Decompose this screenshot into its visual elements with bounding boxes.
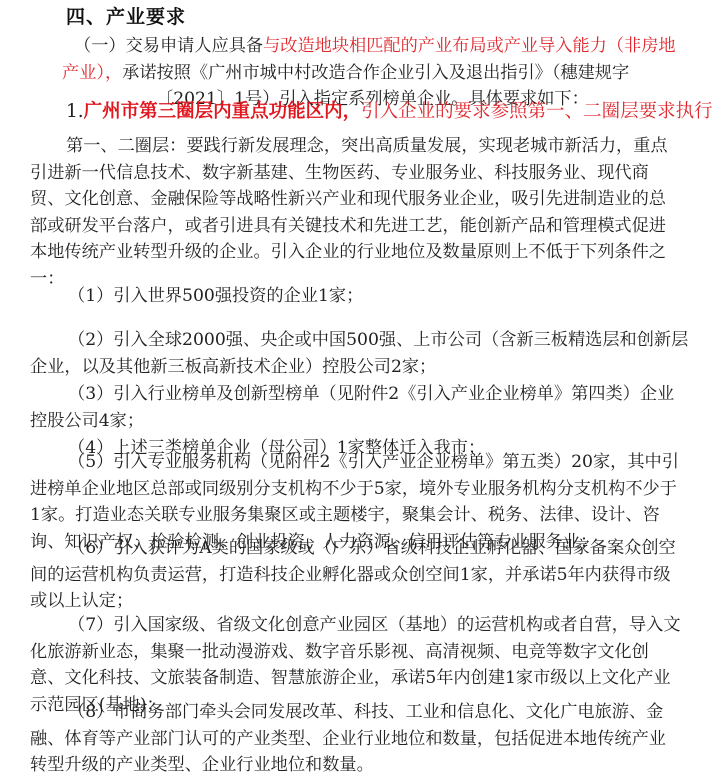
text-line: 企业，以及其他新三板高新技术企业）控股公司2家； (30, 354, 688, 381)
text-line: 部或研发平台落户，或者引进具有关键技术和先进工艺，能创新产品和管理模式促进 (30, 213, 668, 240)
intro-text: 承诺按照《广州市城中村改造合作企业引入及退出指引》（穗建规字 (122, 63, 629, 83)
intro-highlight: 与改造地块相匹配的产业布局或产业导入能力（非房地 (263, 36, 676, 56)
circle-paragraph: 第一、二圈层：要践行新发展理念，突出高质量发展，实现老城市新活力，重点 引进新一… (30, 133, 668, 292)
text-line: （2）引入全球2000强、央企或中国500强、上市公司（含新三板精选层和创新层 (68, 327, 688, 354)
item-1-heading: 1.广州市第三圈层内重点功能区内，引入企业的要求参照第一、二圈层要求执行 (66, 99, 713, 126)
text-line: 意、文化科技、文旅装备制造、智慧旅游企业，承诺5年内创建1家市级以上文化产业 (30, 665, 681, 692)
condition-8: （8）市商务部门牵头会同发展改革、科技、工业和信息化、文化广电旅游、金 融、体育… (30, 699, 666, 775)
text-line: 本地传统产业转型升级的企业。引入企业的行业地位及数量原则上不低于下列条件之 (30, 239, 668, 266)
text-line: 控股公司4家； (30, 408, 674, 435)
condition-1: （1）引入世界500强投资的企业1家； (30, 283, 363, 310)
text-line: 融、体育等产业部门认可的产业类型、企业行业地位和数量，包括促进本地传统产业 (30, 726, 666, 753)
text-line: 贸、文化创意、金融保险等战略性新兴产业和现代服务业企业，吸引先进制造业的总 (30, 186, 668, 213)
text-line: （1）引入世界500强投资的企业1家； (68, 283, 363, 310)
condition-3: （3）引入行业榜单及创新型榜单（见附件2《引入产业企业榜单》第四类）企业 控股公… (30, 381, 674, 434)
item-bold-highlight: 广州市第三圈层内重点功能区内， (84, 101, 362, 122)
condition-6: （6）引入获评为A类的国家级或（广东）省级科技企业孵化器、国家备案众创空 间的运… (30, 535, 676, 615)
item-highlight: 引入企业的要求参照第一、二圈层要求执行 (361, 101, 713, 122)
intro-text: （一）交易申请人应具备 (74, 36, 263, 56)
text-line: （7）引入国家级、省级文化创意产业园区（基地）的运营机构或者自营，导入文 (68, 612, 681, 639)
text-line: （5）引入专业服务机构（见附件2《引入产业企业榜单》第五类）20家，其中引 (68, 449, 679, 476)
text-line: 化旅游新业态，集聚一批动漫游戏、数字音乐影视、高清视频、电竞等数字文化创 (30, 639, 681, 666)
text-line: 引进新一代信息技术、数字新基建、生物医药、专业服务业、科技服务业、现代商 (30, 160, 668, 187)
text-line: （8）市商务部门牵头会同发展改革、科技、工业和信息化、文化广电旅游、金 (68, 699, 666, 726)
text-line: （3）引入行业榜单及创新型榜单（见附件2《引入产业企业榜单》第四类）企业 (68, 381, 674, 408)
section-heading: 四、产业要求 (66, 2, 186, 29)
intro-highlight: 产业）， (62, 63, 122, 83)
text-line: 或以上认定； (30, 588, 676, 615)
condition-2: （2）引入全球2000强、央企或中国500强、上市公司（含新三板精选层和创新层 … (30, 327, 688, 380)
text-line: 进榜单企业地区总部或同级别分支机构不少于5家，境外专业服务机构分支机构不少于 (30, 476, 679, 503)
text-line: 第一、二圈层：要践行新发展理念，突出高质量发展，实现老城市新活力，重点 (66, 133, 668, 160)
text-line: 转型升级的产业类型、企业行业地位和数量。 (30, 752, 666, 775)
text-line: 间的运营机构负责运营，打造科技企业孵化器或众创空间1家，并承诺5年内获得市级 (30, 562, 676, 589)
text-line: （6）引入获评为A类的国家级或（广东）省级科技企业孵化器、国家备案众创空 (68, 535, 676, 562)
text-line: 1家。打造业态关联专业服务集聚区或主题楼宇，聚集会计、税务、法律、设计、咨 (30, 502, 679, 529)
item-number: 1. (66, 101, 84, 122)
